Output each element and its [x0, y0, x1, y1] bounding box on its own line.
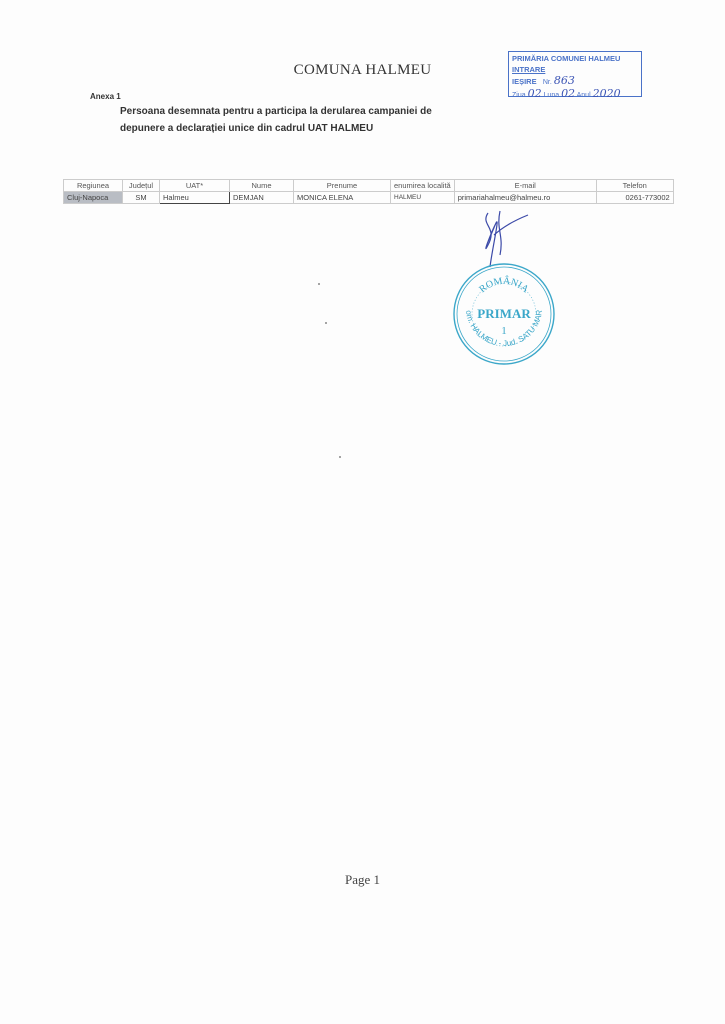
stamp-year-label: Anul: [577, 92, 591, 99]
stamp-month-value: 02: [561, 87, 575, 100]
cell-telefon: 0261-773002: [596, 192, 673, 204]
stamp-month-label: Luna: [544, 92, 560, 99]
col-prenume: Prenume: [294, 180, 391, 192]
stamp-day-value: 02: [528, 87, 542, 100]
col-regiunea: Regiunea: [64, 180, 123, 192]
scan-speck: [339, 456, 341, 458]
cell-judetul: SM: [123, 192, 160, 204]
col-uat: UAT*: [160, 180, 230, 192]
cell-email: primariahalmeu@halmeu.ro: [454, 192, 596, 204]
seal-center-text: PRIMAR: [477, 306, 531, 321]
col-nume: Nume: [230, 180, 294, 192]
stamp-intrare: INTRARE: [512, 64, 638, 75]
stamp-year-value: 2020: [593, 87, 621, 100]
table-row: Cluj-Napoca SM Halmeu DEMJAN MONICA ELEN…: [64, 192, 674, 204]
table-header-row: Regiunea Județul UAT* Nume Prenume enumi…: [64, 180, 674, 192]
page-number: Page 1: [0, 872, 725, 888]
stamp-institution: PRIMĂRIA COMUNEI HALMEU: [512, 53, 638, 64]
stamp-date-row: Ziua 02 Luna 02 Anul 2020: [512, 88, 638, 101]
col-telefon: Telefon: [596, 180, 673, 192]
designated-person-table: Regiunea Județul UAT* Nume Prenume enumi…: [63, 179, 674, 204]
seal-top-text: ROMÂNIA: [477, 275, 531, 296]
cell-localitate: HALMEU: [391, 192, 455, 204]
scan-speck: [325, 322, 327, 324]
col-judetul: Județul: [123, 180, 160, 192]
cell-regiunea: Cluj-Napoca: [64, 192, 123, 204]
official-seal-icon: ROMÂNIA PRIMAR 1 Com. HALMEU - Jud. SATU…: [452, 262, 556, 366]
stamp-nr-value: 863: [554, 74, 575, 87]
seal-number: 1: [501, 325, 507, 337]
cell-prenume: MONICA ELENA: [294, 192, 391, 204]
annex-label: Anexa 1: [90, 92, 121, 101]
scan-speck: [318, 283, 320, 285]
stamp-nr-label: Nr.: [543, 79, 552, 86]
stamp-day-label: Ziua: [512, 92, 526, 99]
cell-uat: Halmeu: [160, 192, 230, 204]
cell-nume: DEMJAN: [230, 192, 294, 204]
col-email: E-mail: [454, 180, 596, 192]
registration-stamp: PRIMĂRIA COMUNEI HALMEU INTRARE IEȘIRE N…: [508, 51, 642, 97]
col-localitate: enumirea localită: [391, 180, 455, 192]
stamp-iesire: IEȘIRE: [512, 77, 537, 86]
document-heading: Persoana desemnata pentru a participa la…: [120, 103, 450, 137]
